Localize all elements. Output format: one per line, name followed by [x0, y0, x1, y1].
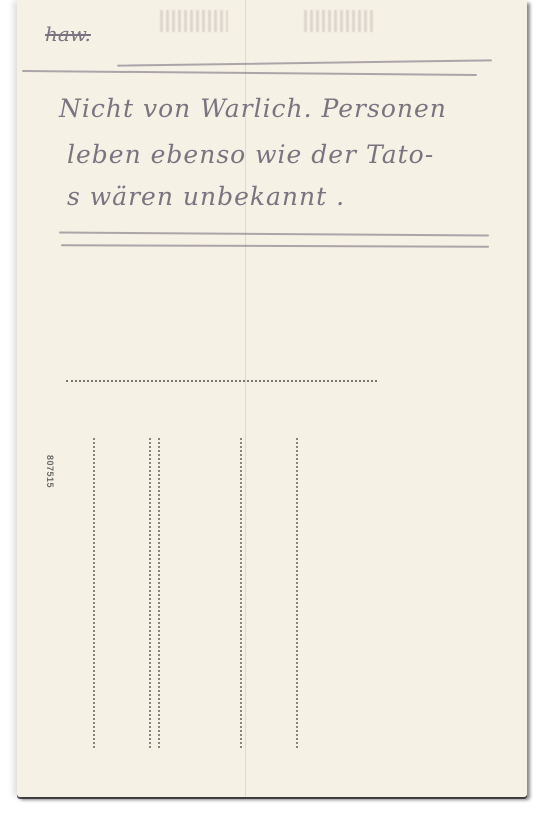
pencil-rule-1 [59, 231, 489, 236]
handwritten-top-mark: haw. [45, 22, 91, 46]
pencil-underline-1 [117, 59, 492, 66]
serial-number: 807515 [45, 455, 55, 488]
stamp-imprint-right [304, 10, 376, 32]
address-line-3 [158, 438, 160, 748]
pencil-underline-2 [22, 70, 477, 76]
address-line-2 [149, 438, 151, 748]
address-line-5 [296, 438, 298, 748]
address-line-4 [240, 438, 242, 748]
postcard-back: haw. Nicht von Warlich. Personen leben e… [17, 0, 527, 797]
stamp-imprint-left [160, 10, 228, 32]
address-line-1 [93, 438, 95, 748]
dotted-divider-horizontal [66, 380, 377, 382]
handwritten-line-1: Nicht von Warlich. Personen [59, 94, 447, 123]
handwritten-line-2: leben ebenso wie der Tato- [67, 140, 434, 169]
pencil-rule-2 [61, 244, 489, 247]
handwritten-line-3: s wären unbekannt . [67, 182, 345, 211]
